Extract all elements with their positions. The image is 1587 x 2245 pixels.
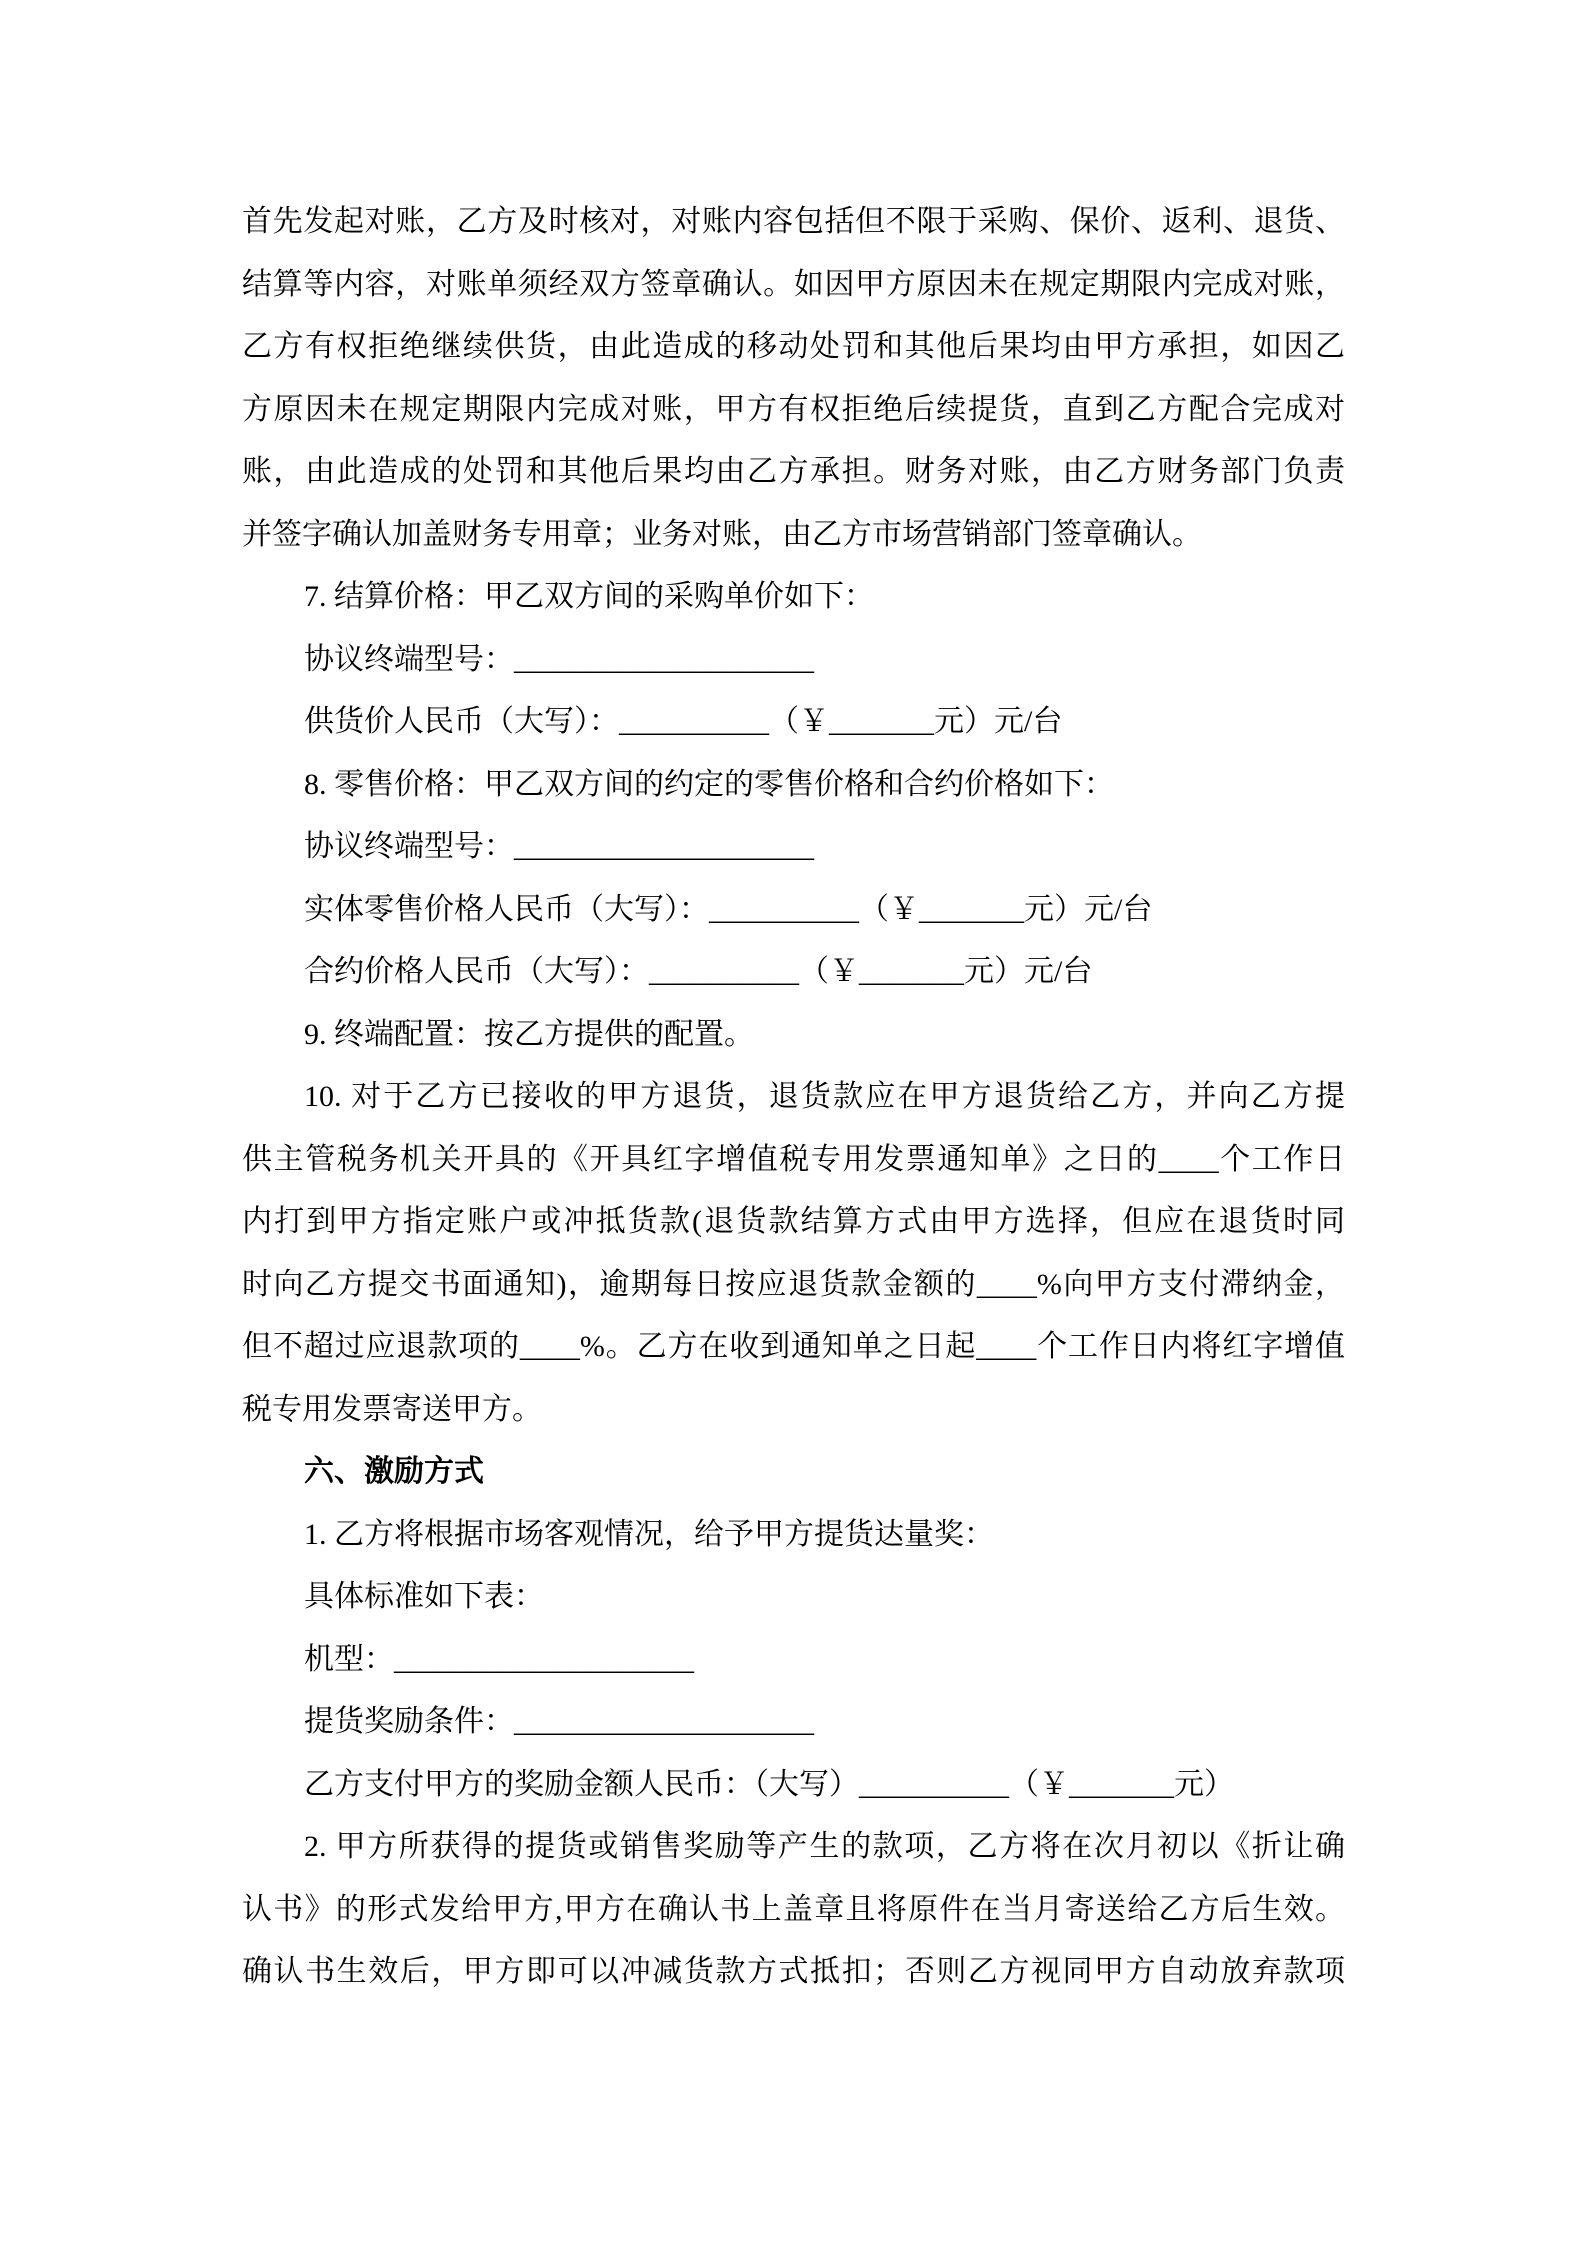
text-line: 乙方有权拒绝继续供货，由此造成的移动处罚和其他后果均由甲方承担，如因乙: [242, 316, 1345, 379]
text-line: 方原因未在规定期限内完成对账，甲方有权拒绝后续提货，直到乙方配合完成对: [242, 379, 1345, 442]
item-9-terminal-config-line: 9. 终端配置：按乙方提供的配置。: [242, 1004, 1345, 1067]
text-line: 首先发起对账，乙方及时核对，对账内容包括但不限于采购、保价、返利、退货、: [242, 191, 1345, 254]
item-1-incentive-line: 1. 乙方将根据市场客观情况，给予甲方提货达量奖：: [242, 1504, 1345, 1567]
text-line: 时向乙方提交书面通知)，逾期每日按应退货款金额的____%向甲方支付滞纳金，: [242, 1254, 1345, 1317]
text-line: 认书》的形式发给甲方,甲方在确认书上盖章且将原件在当月寄送给乙方后生效。: [242, 1879, 1345, 1942]
model-blank-line: 机型：____________________: [242, 1629, 1345, 1692]
text-line: 但不超过应退款项的____%。乙方在收到通知单之日起____个工作日内将红字增值: [242, 1316, 1345, 1379]
terminal-model-blank-line: 协议终端型号：____________________: [242, 816, 1345, 879]
text-line: 账，由此造成的处罚和其他后果均由乙方承担。财务对账，由乙方财务部门负责: [242, 441, 1345, 504]
text-line: 确认书生效后，甲方即可以冲减货款方式抵扣；否则乙方视同甲方自动放弃款项: [242, 1941, 1345, 2004]
item-10-return-line: 10. 对于乙方已接收的甲方退货，退货款应在甲方退货给乙方，并向乙方提: [242, 1066, 1345, 1129]
document-page: 首先发起对账，乙方及时核对，对账内容包括但不限于采购、保价、返利、退货、 结算等…: [0, 0, 1587, 2245]
item-2-reward-funds-line: 2. 甲方所获得的提货或销售奖励等产生的款项，乙方将在次月初以《折让确: [242, 1816, 1345, 1879]
terminal-model-blank-line: 协议终端型号：____________________: [242, 629, 1345, 692]
supply-price-blank-line: 供货价人民币（大写）：__________（￥_______元）元/台: [242, 691, 1345, 754]
text-line: 具体标准如下表：: [242, 1566, 1345, 1629]
item-8-retail-price-line: 8. 零售价格：甲乙双方间的约定的零售价格和合约价格如下：: [242, 754, 1345, 817]
reward-amount-blank-line: 乙方支付甲方的奖励金额人民币：（大写）__________（￥_______元）: [242, 1754, 1345, 1817]
contract-price-blank-line: 合约价格人民币（大写）：__________（￥_______元）元/台: [242, 941, 1345, 1004]
section-6-incentive-heading: 六、激励方式: [242, 1441, 1345, 1504]
pickup-reward-condition-blank-line: 提货奖励条件：____________________: [242, 1691, 1345, 1754]
physical-retail-price-blank-line: 实体零售价格人民币（大写）：__________（￥_______元）元/台: [242, 879, 1345, 942]
item-7-settlement-price-line: 7. 结算价格：甲乙双方间的采购单价如下：: [242, 566, 1345, 629]
text-line: 结算等内容，对账单须经双方签章确认。如因甲方原因未在规定期限内完成对账，: [242, 254, 1345, 317]
text-line: 内打到甲方指定账户或冲抵货款(退货款结算方式由甲方选择，但应在退货时同: [242, 1191, 1345, 1254]
text-line: 并签字确认加盖财务专用章；业务对账，由乙方市场营销部门签章确认。: [242, 504, 1345, 567]
text-line: 税专用发票寄送甲方。: [242, 1379, 1345, 1442]
text-line: 供主管税务机关开具的《开具红字增值税专用发票通知单》之日的____个工作日: [242, 1129, 1345, 1192]
